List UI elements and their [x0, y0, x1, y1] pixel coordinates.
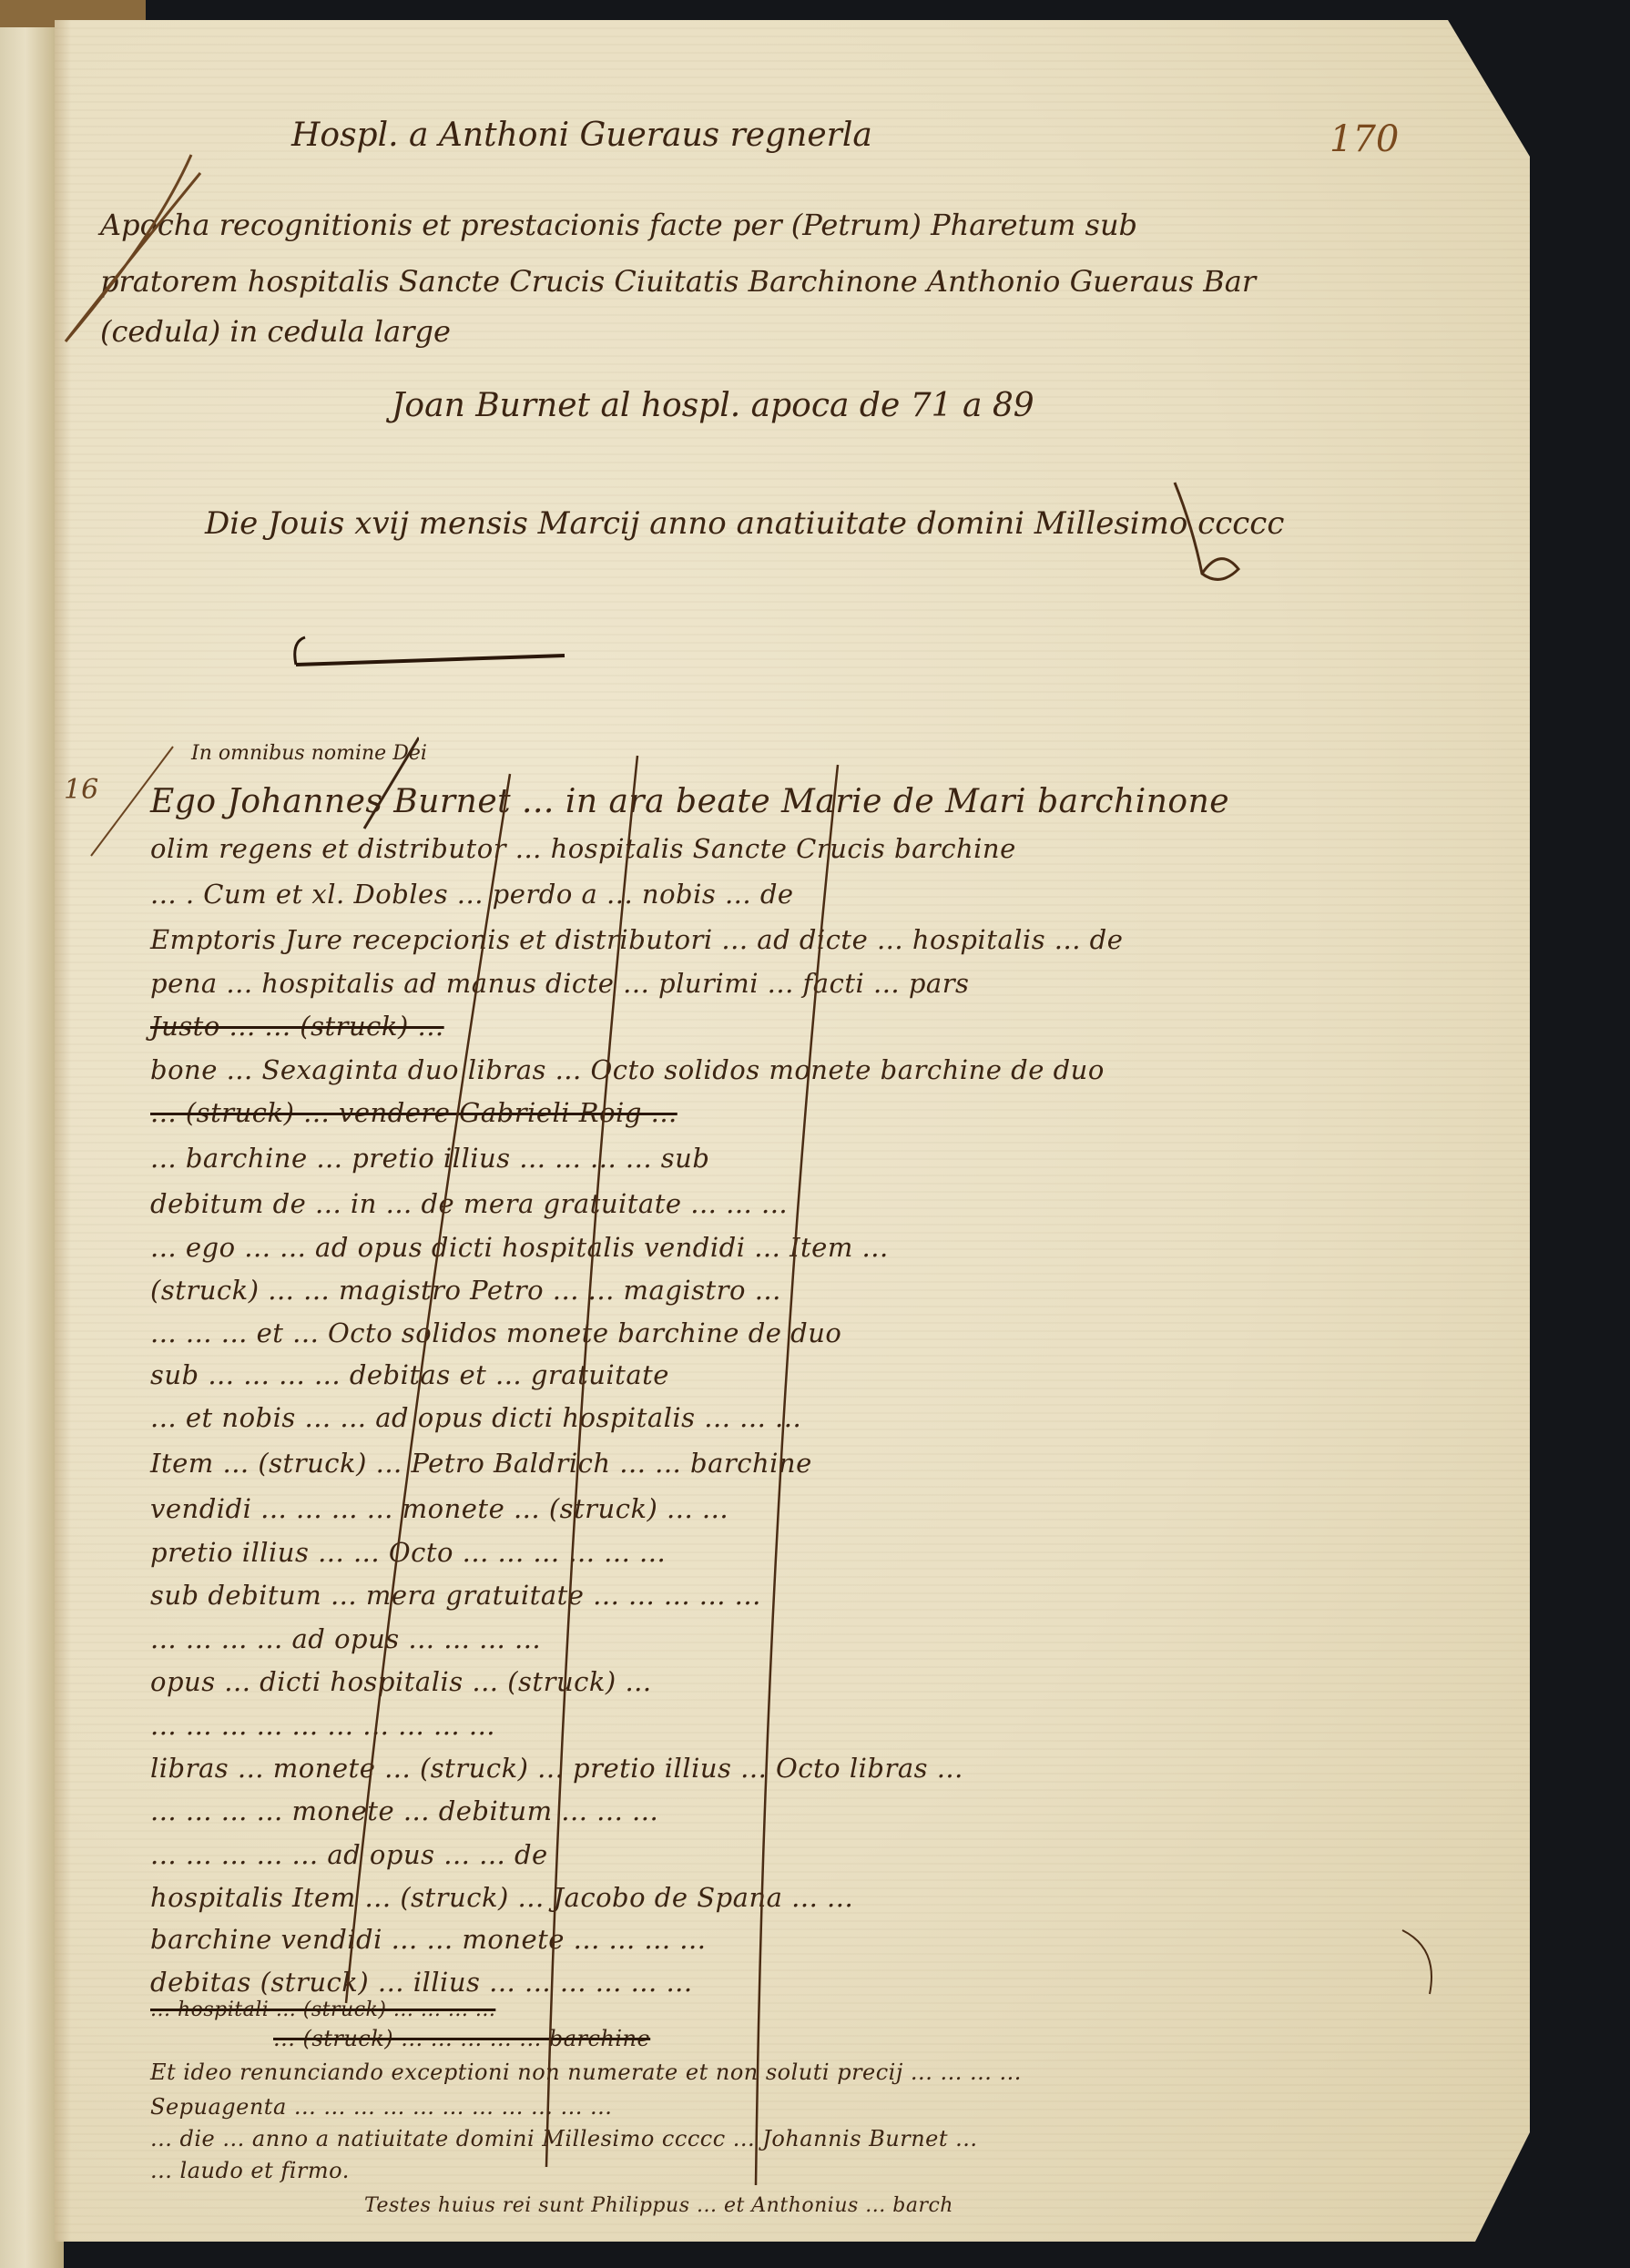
cancellation-strokes-icon — [0, 0, 1630, 2268]
